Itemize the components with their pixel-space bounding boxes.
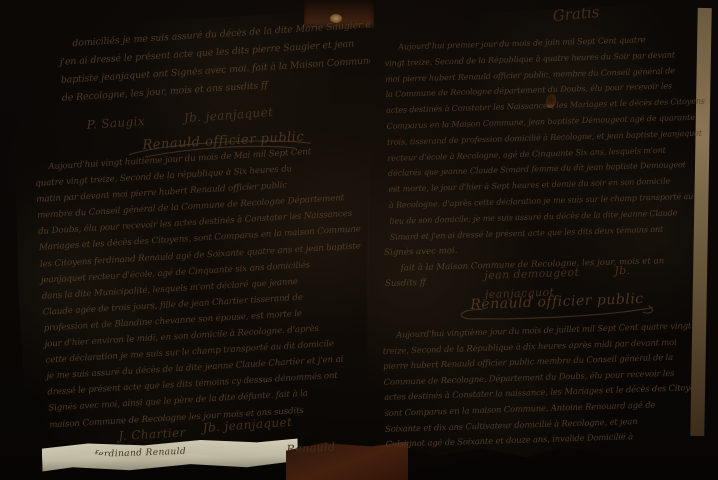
act3-death-record: Aujourd'hui premier jour du mois de juin… xyxy=(384,31,708,246)
signature-demougeot: jean demougeot xyxy=(484,266,579,282)
manuscript-scan: domiciliés je me suis assuré du décès de… xyxy=(0,0,718,480)
act1-closing-paragraph: domiciliés je me suis assuré du décès de… xyxy=(58,17,362,108)
act2-death-record: Aujourd'hui vingt huitième jour du mois … xyxy=(34,141,370,433)
left-page: domiciliés je me suis assuré du décès de… xyxy=(14,8,370,464)
signature-jeanjaquet: Jb. jeanjaquet xyxy=(183,105,273,125)
signature-saugier: P. Saugix xyxy=(86,114,145,132)
signature-jeanjaquet: Jb. jeanjaquet xyxy=(202,415,292,435)
gratis-annotation: Gratis xyxy=(552,3,600,25)
right-page: Gratis Aujourd'hui premier jour du mois … xyxy=(366,2,708,462)
act4-record-start: Aujourd'hui vingtième jour du mois de ju… xyxy=(382,318,708,453)
